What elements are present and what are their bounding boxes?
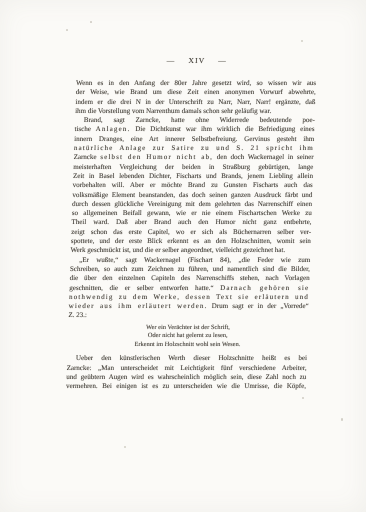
text-block: Wenn es in den Anfang der 80er Jahre ges… <box>66 79 316 391</box>
text-segment: geschnitten, die er selber entworfen hat… <box>69 284 220 292</box>
text-line: „Er wußte,“ sagt Wackernagel (Fischart 8… <box>70 256 310 265</box>
text-line: innern Dranges, eine Art innerer Selbstb… <box>74 135 314 144</box>
scan-speck <box>66 29 68 31</box>
header-dash-right: — <box>218 56 227 65</box>
text-line: meisterhaften Vergleichung der beiden in… <box>73 163 313 172</box>
paragraph: Wenn es in den Anfang der 80er Jahre ges… <box>75 79 316 116</box>
scan-speck <box>341 418 343 421</box>
text-line: indem er die drei N in der Unterschrift … <box>75 98 315 107</box>
verse-line: Wer ein Verächter ist der Schrift, <box>68 324 308 333</box>
text-line: natürliche Anlage zur Satire zu und S. 2… <box>74 144 314 153</box>
scan-speck <box>302 397 304 399</box>
text-line: Theil ward. Daß aber Brand auch den Humo… <box>71 218 311 227</box>
emphasized-text: wieder aus ihm erläutert werden. <box>69 302 208 310</box>
text-line: spottete, und der erste Blick erkennt es… <box>71 237 311 246</box>
text-line: Brand, sagt Zarncke, hatte ohne Widerred… <box>75 116 315 125</box>
scan-speck <box>90 21 92 23</box>
emphasized-text: natürliche Anlage zur Satire zu und S. 2… <box>74 144 314 152</box>
emphasized-text: Darnach gehören sie <box>220 284 309 292</box>
text-line: Ueber den künstlerischen Werth dieser Ho… <box>67 354 307 363</box>
text-line: Zarncke: „Man unterscheidet mit Leichtig… <box>66 364 306 373</box>
scan-speck <box>124 446 126 448</box>
emphasized-text: selbst den Humor nicht ab, <box>100 153 213 161</box>
header-dash-left: — <box>167 56 176 65</box>
text-line: der Weise, wie Brand um diese Zeit einen… <box>76 88 316 97</box>
text-segment: Zarncke <box>74 153 101 161</box>
paragraph: Ueber den künstlerischen Werth dieser Ho… <box>66 354 307 391</box>
scan-speck <box>301 40 303 42</box>
text-line: vorbehalten will. Aber er möchte Brand z… <box>73 181 313 190</box>
text-segment: Drum sagt er in der „Vorrede“ <box>207 302 308 310</box>
text-line: Schreiben, so auch zum Zeichnen zu führe… <box>70 265 310 274</box>
text-segment: Die Dichtkunst war ihm wirklich die Befr… <box>130 125 314 133</box>
paragraph: „Er wußte,“ sagt Wackernagel (Fischart 8… <box>68 256 310 321</box>
page-content: — XIV — Wenn es in den Anfang der 80er J… <box>66 56 317 391</box>
verse-line: Oder nicht hat gelernt zu lesen, <box>68 332 308 341</box>
text-line: nothwendig zu dem Werke, dessen Text sie… <box>69 293 309 302</box>
verse-line: Erkennt im Holzschnitt wohl sein Wesen. <box>67 341 307 350</box>
text-line: durch dessen glückliche Vereinigung mit … <box>72 200 312 209</box>
page-header: — XIV — <box>77 56 317 65</box>
paragraph: Brand, sagt Zarncke, hatte ohne Widerred… <box>70 116 315 255</box>
text-line: Zarncke selbst den Humor nicht ab, den d… <box>73 153 313 162</box>
text-line: volksmäßige Element beanstanden, das doc… <box>72 191 312 200</box>
text-line: so allgemeinen Beifall gewann, wie er ni… <box>72 209 312 218</box>
emphasized-text: nothwendig zu dem Werke, dessen Text sie… <box>69 293 309 301</box>
text-segment: den doch Wackernagel in seiner <box>213 153 314 161</box>
text-line: geschnitten, die er selber entworfen hat… <box>69 284 309 293</box>
text-line: zeigt schon das erste Capitel, wo er sic… <box>71 228 311 237</box>
text-line: und geübtern Augen wird es wahrscheinlic… <box>66 373 306 382</box>
text-segment: tische <box>74 125 95 133</box>
verse: Wer ein Verächter ist der Schrift,Oder n… <box>67 324 308 350</box>
text-line: Wenn es in den Anfang der 80er Jahre ges… <box>76 79 316 88</box>
text-line: Zeit in Basel lebenden Dichter, Fischart… <box>73 172 313 181</box>
book-page-scan: — XIV — Wenn es in den Anfang der 80er J… <box>0 0 366 512</box>
text-line: Werk geschmückt ist, und die er selber a… <box>70 246 310 255</box>
text-line: Z. 23.: <box>68 311 308 320</box>
text-line: vermehren. Bei einigen ist es zu untersc… <box>66 382 306 391</box>
emphasized-text: Anlagen. <box>96 125 131 133</box>
page-number: XIV <box>188 56 205 65</box>
text-line: die über den einzelnen Capiteln des Narr… <box>69 274 309 283</box>
text-line: wieder aus ihm erläutert werden. Drum sa… <box>69 302 309 311</box>
text-line: tische Anlagen. Die Dichtkunst war ihm w… <box>74 125 314 134</box>
text-line: ihm die Vorstellung vom Narrenthum damal… <box>75 107 315 116</box>
